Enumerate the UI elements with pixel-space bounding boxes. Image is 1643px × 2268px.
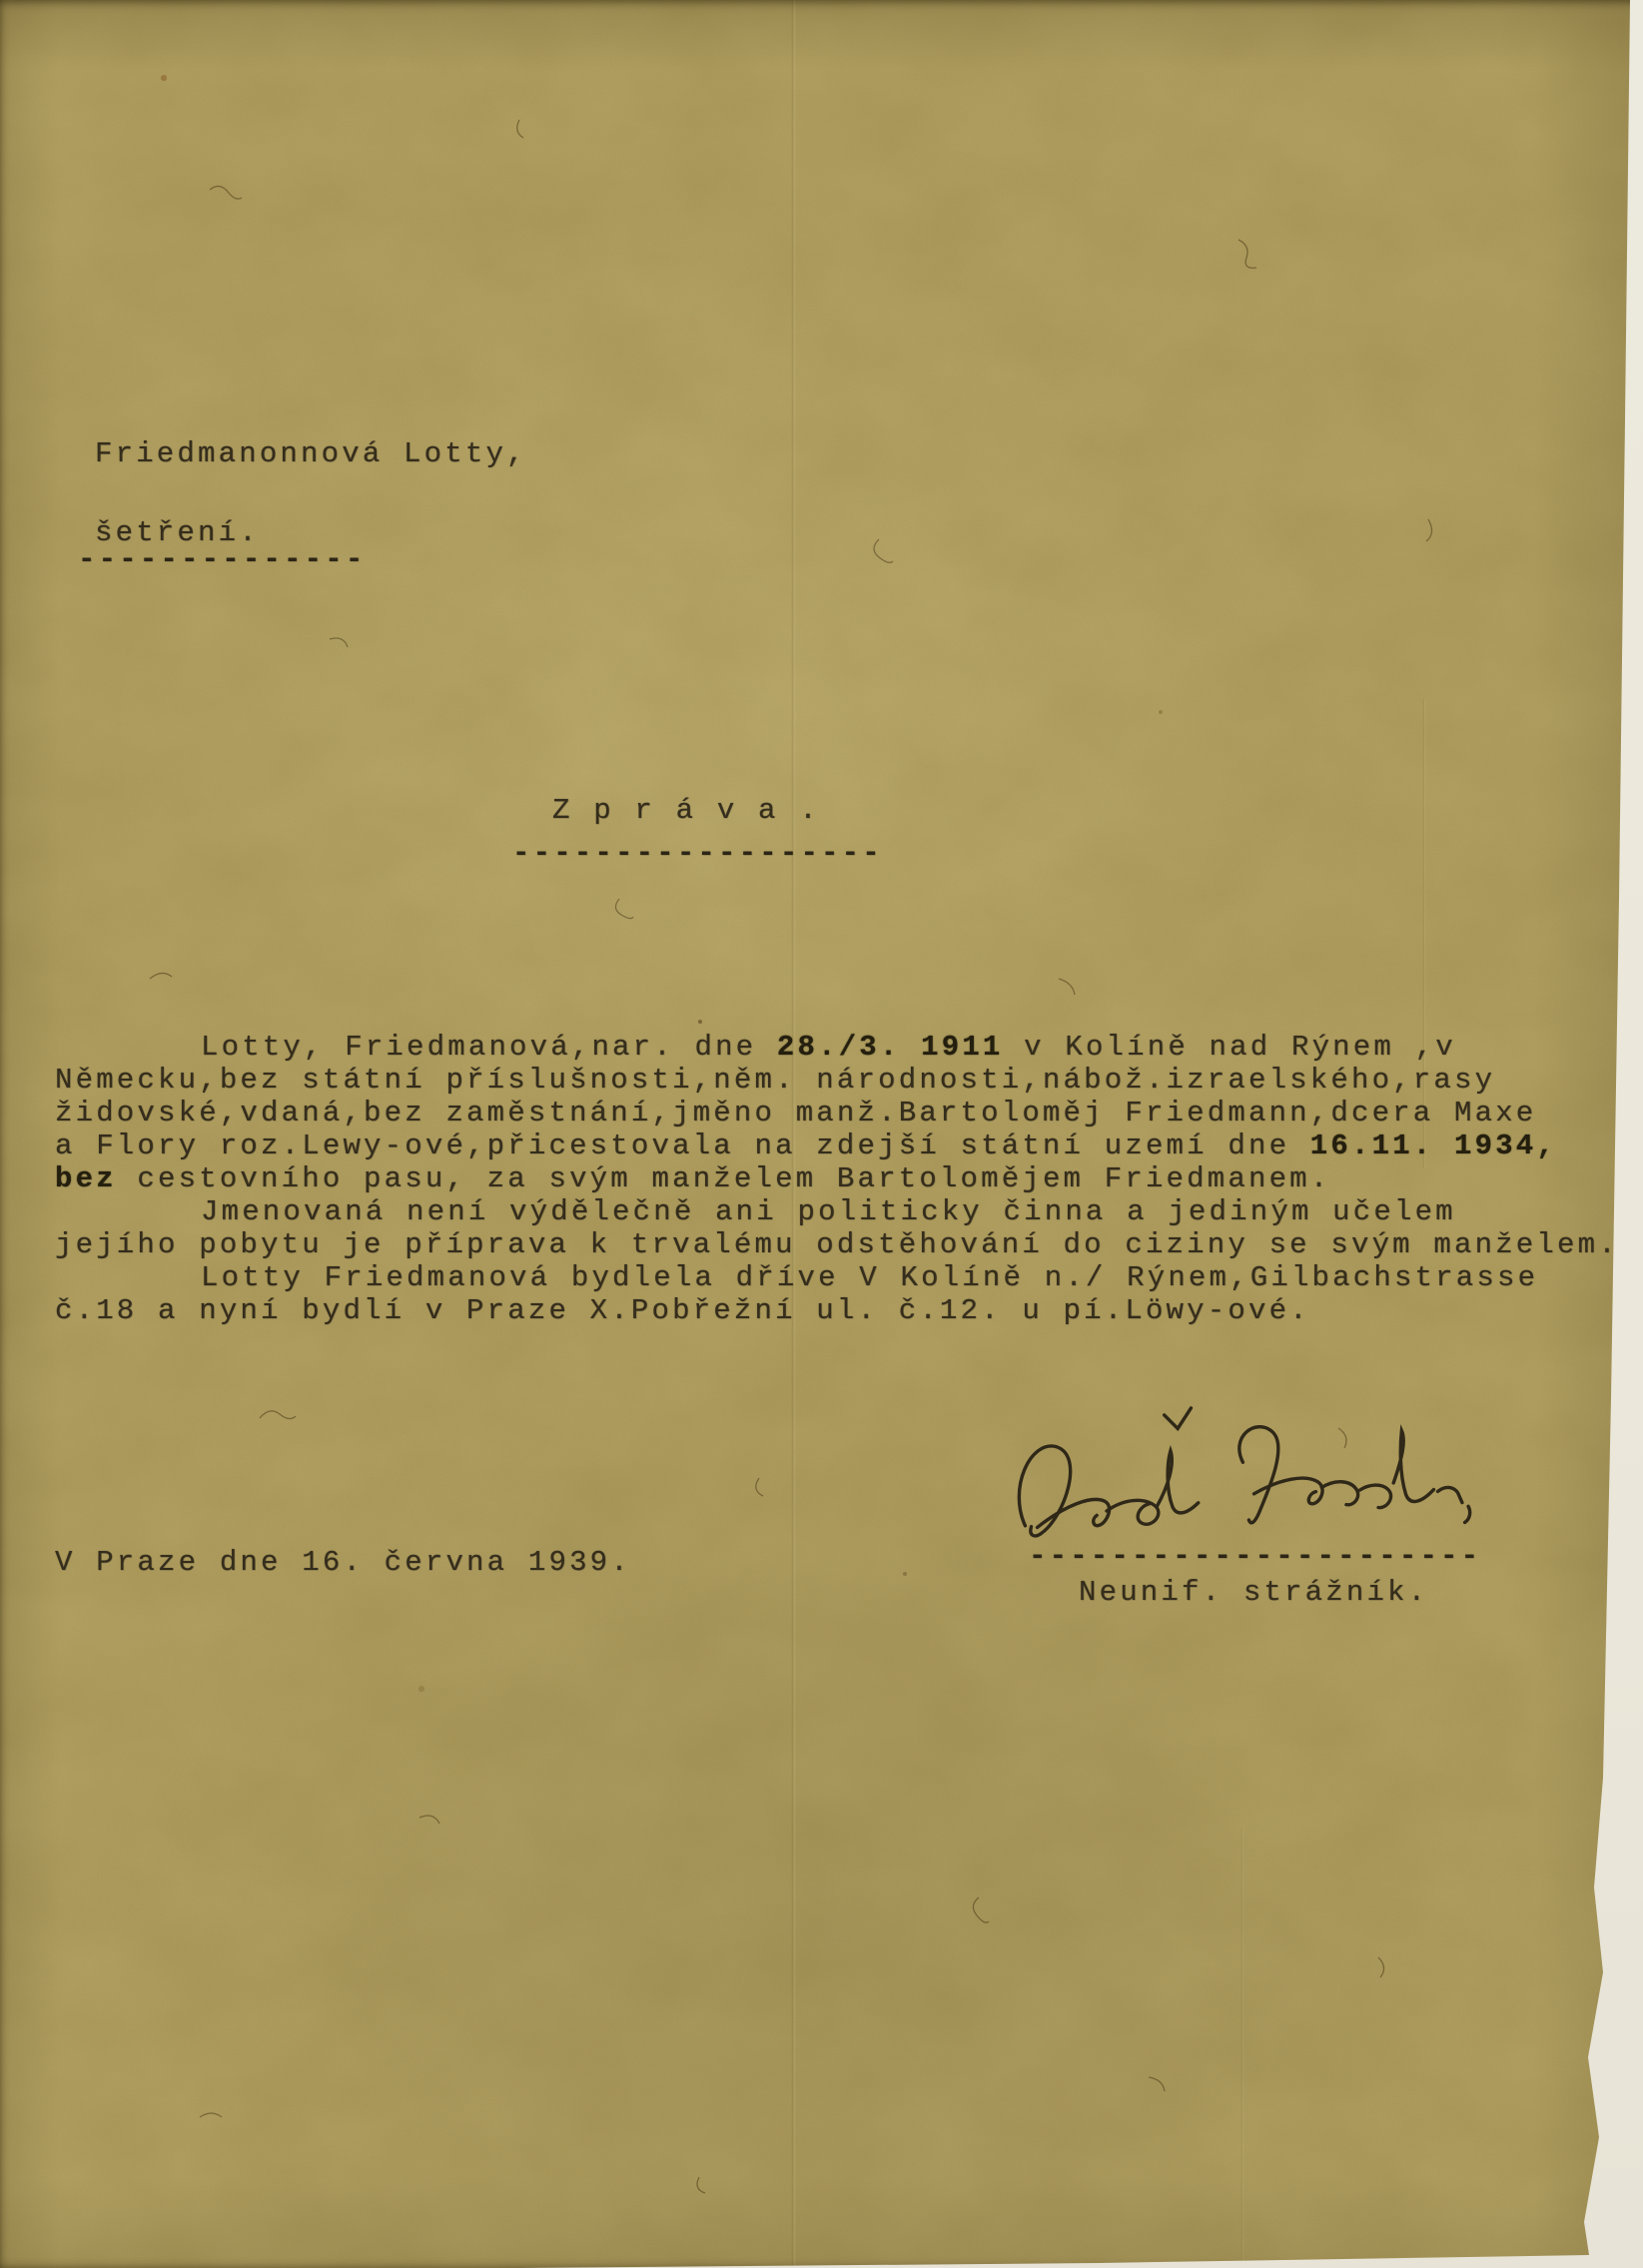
paper-edge-shadow — [0, 0, 1643, 2268]
scanned-document: Friedmanonnová Lotty, šetření. ---------… — [0, 0, 1643, 2268]
paper-sheet: Friedmanonnová Lotty, šetření. ---------… — [0, 0, 1643, 2268]
